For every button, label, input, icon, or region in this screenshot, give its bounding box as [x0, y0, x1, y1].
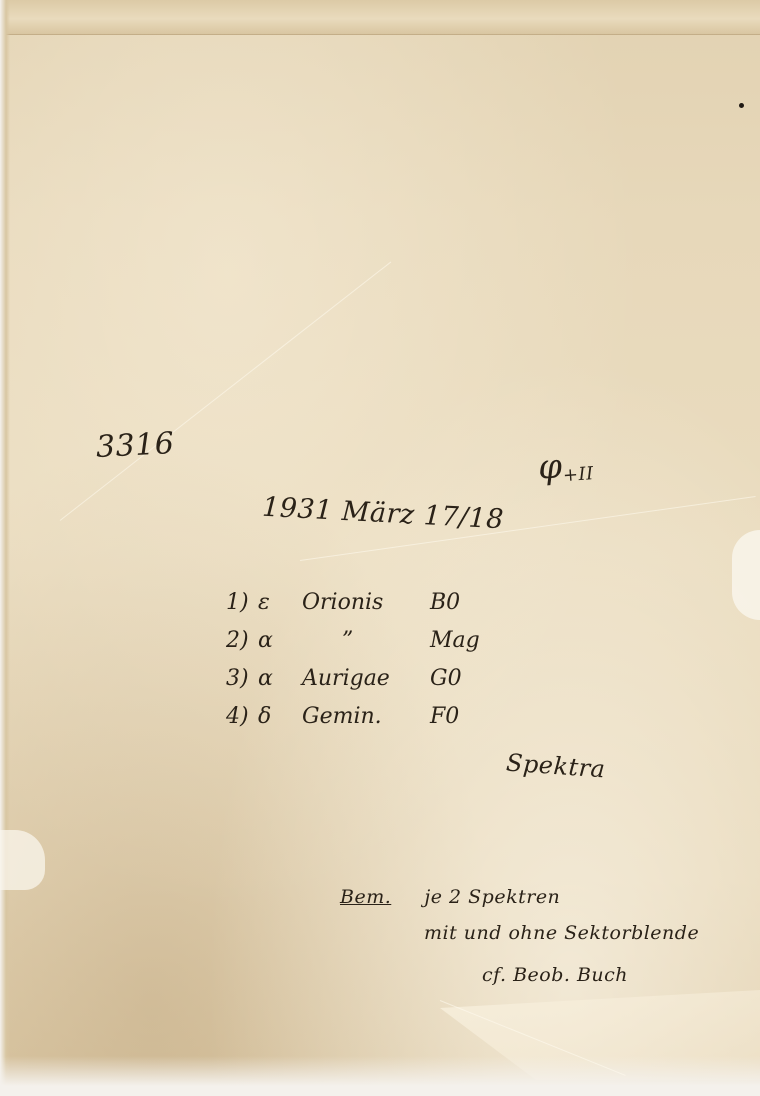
observation-date: 1931 März 17/18 [261, 492, 504, 536]
star-greek-letter: α [258, 666, 302, 691]
plate-number: 3316 [95, 426, 175, 465]
remark-line-2: mit und ohne Sektorblende [424, 922, 699, 944]
ink-dot [739, 103, 744, 108]
left-paper-edge [0, 0, 10, 1096]
star-spectral-type: G0 [430, 666, 462, 691]
star-greek-letter: δ [258, 704, 302, 729]
star-constellation: Aurigae [302, 666, 430, 691]
star-index: 3) [226, 666, 258, 691]
star-constellation: ” [302, 628, 430, 653]
star-list-item: 2)α”Mag [226, 628, 480, 653]
star-constellation: Gemin. [302, 704, 430, 729]
star-list-item: 3)αAurigaeG0 [226, 666, 462, 691]
star-spectral-type: Mag [430, 628, 480, 653]
plate-mark-suffix: +II [562, 463, 594, 486]
paper-crease [60, 262, 392, 521]
spectra-label: Spektra [505, 749, 606, 784]
star-constellation: Orionis [302, 590, 430, 615]
star-index: 1) [226, 590, 258, 615]
left-tear [0, 830, 45, 890]
remark-text-1: je 2 Spektren [424, 886, 560, 908]
star-spectral-type: B0 [430, 590, 460, 615]
right-tear [732, 530, 760, 620]
star-list-item: 1)εOrionisB0 [226, 590, 460, 615]
bottom-torn-edge [0, 1056, 760, 1096]
remark-prefix: Bem. [340, 886, 391, 908]
remark-line-3: cf. Beob. Buch [482, 964, 628, 986]
plate-mark-symbol: φ [537, 446, 564, 488]
star-spectral-type: F0 [430, 704, 459, 729]
star-list-item: 4)δGemin.F0 [226, 704, 459, 729]
star-index: 2) [226, 628, 258, 653]
star-greek-letter: ε [258, 590, 302, 615]
document-page: 3316 φ+II 1931 März 17/18 1)εOrionisB0 2… [0, 0, 760, 1096]
star-index: 4) [226, 704, 258, 729]
remark-line-1: Bem. je 2 Spektren [340, 886, 560, 908]
plate-mark: φ+II [537, 444, 595, 488]
top-fold-strip [0, 0, 760, 35]
star-greek-letter: α [258, 628, 302, 653]
